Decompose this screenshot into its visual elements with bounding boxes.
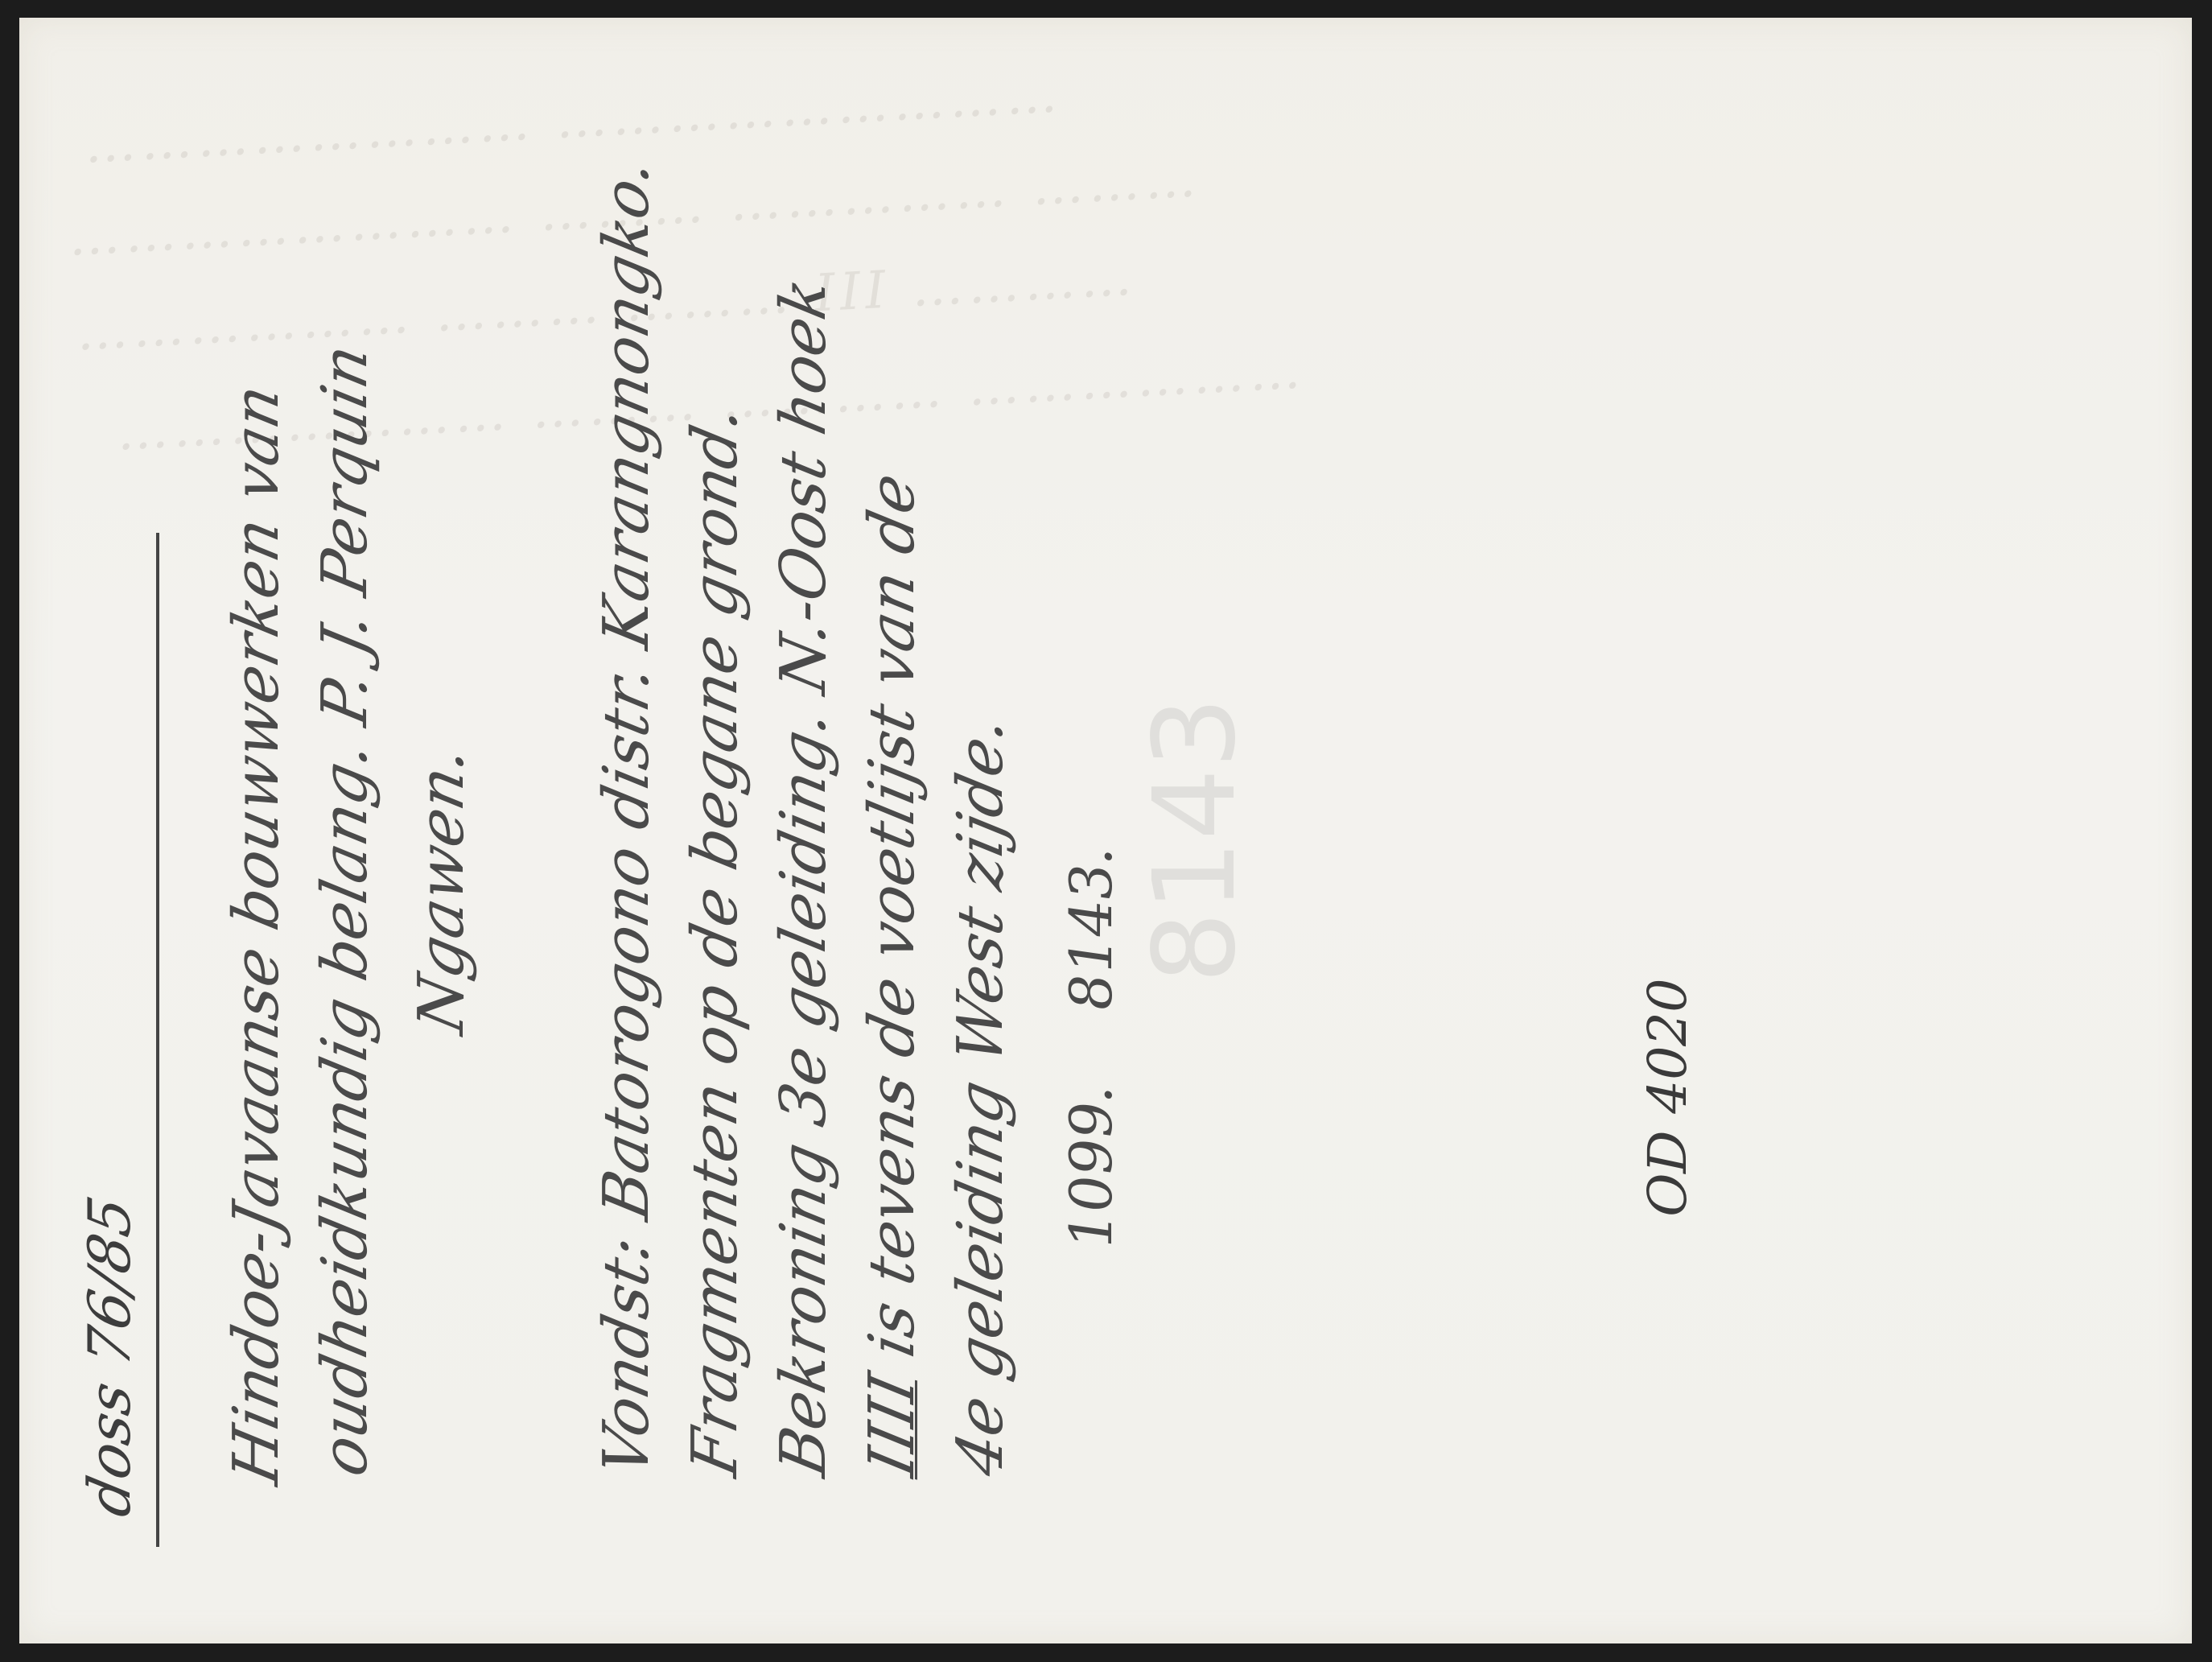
number-right: 8143. — [1057, 840, 1125, 1016]
faint-ghost-number: 8143 — [1130, 697, 1261, 984]
body-line-3: Bekroning 3e geleiding. N.-Oost hoek — [768, 272, 840, 1483]
number-left: 1099. — [1057, 1078, 1125, 1254]
title-line-1: Hindoe-Javaanse bouwwerken van — [220, 378, 293, 1490]
body-line-4: IIII is tevens de voetlijst van de — [856, 467, 929, 1482]
body-line-5: 4e geleiding West zijde. — [945, 711, 1017, 1483]
handwritten-text-block: doss 76/85 Hindoe-Javaanse bouwwerken va… — [43, 2, 1250, 1627]
title-line-3: Ngawen. — [406, 740, 478, 1040]
doss-underline — [156, 533, 159, 1547]
document-paper: …………………… ……………………… …………………… ……… …………… ……… — [19, 18, 2192, 1643]
body-line-4-text: is tevens de voetlijst van de — [856, 467, 929, 1383]
inventory-numbers: 1099.8143. — [1057, 840, 1125, 1254]
body-line-2: Fragmenten op de begane grond. — [679, 399, 752, 1482]
doss-reference: doss 76/85 — [76, 1190, 143, 1522]
archive-code: OD 4020 — [1637, 972, 1699, 1223]
roman-numeral: IIII — [856, 1367, 929, 1482]
title-line-2: oudheidkundig belang. P. J. Perquin — [309, 339, 381, 1483]
body-line-1: Vondst: Batorogono distr. Karangnongko. — [591, 153, 663, 1482]
